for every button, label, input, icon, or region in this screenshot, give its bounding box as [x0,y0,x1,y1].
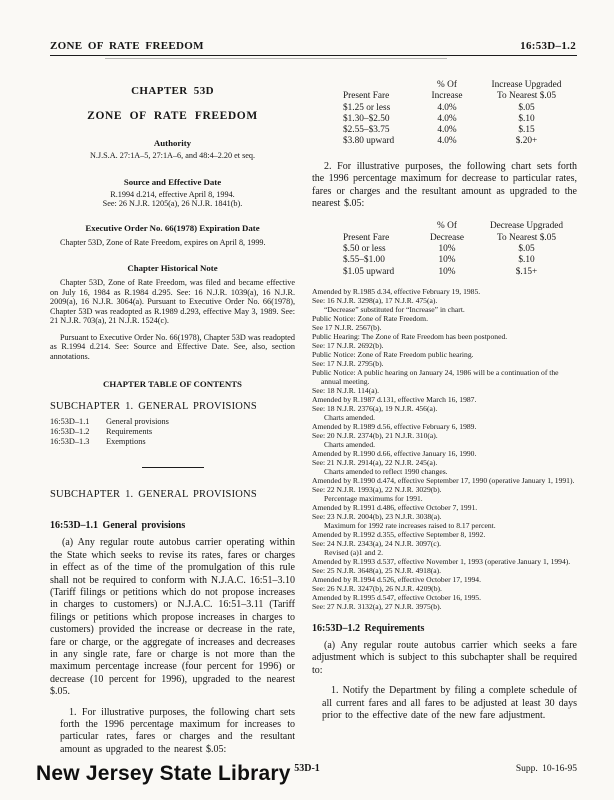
annotation-line: Charts amended to reflect 1990 changes. [312,467,577,476]
annotation-line: See: 26 N.J.R. 3247(b), 26 N.J.R. 4209(b… [312,584,577,593]
running-head: ZONE OF RATE FREEDOM 16:53D–1.2 [0,0,614,52]
annotation-line: See: 22 N.J.R. 1993(a), 22 N.J.R. 3029(b… [312,485,577,494]
historical-note-para-1: Chapter 53D, Zone of Rate Freedom, was f… [50,278,295,326]
table-row: $.55–$1.00 10% $.10 [312,255,577,266]
upgraded-cell: $.10 [476,114,577,125]
decrease-pct-header-top: % Of [418,221,476,232]
authority-citation: N.J.S.A. 27:1A–5, 27:1A–6, and 48:4–2.20… [50,151,295,161]
section-1-1-para-a: (a) Any regular route autobus carrier op… [50,537,295,698]
section-divider [142,467,204,468]
annotation-line: Amended by R.1985 d.34, effective Februa… [312,287,577,296]
section-1-2-para-a: (a) Any regular route autobus carrier wh… [312,640,577,677]
fare-cell: $1.30–$2.50 [312,114,418,125]
source-heading: Source and Effective Date [50,177,295,187]
present-fare-header: Present Fare [312,91,418,102]
annotation-line: See: 27 N.J.R. 3132(a), 27 N.J.R. 3975(b… [312,602,577,611]
increase-upgraded-header-top: Increase Upgraded [476,80,577,91]
annotation-line: See: 25 N.J.R. 3648(a), 25 N.J.R. 4918(a… [312,566,577,575]
toc-entry-number: 16:53D–1.1 [50,417,106,427]
upgraded-cell: $.20+ [476,136,577,147]
subchapter-heading: SUBCHAPTER 1. GENERAL PROVISIONS [50,489,295,500]
running-head-citation: 16:53D–1.2 [520,40,576,52]
increase-pct-header-bottom: Increase [418,91,476,102]
percent-cell: 4.0% [418,103,476,114]
annotation-line: See: 18 N.J.R. 114(a). [312,386,577,395]
annotation-line: Public Hearing: The Zone of Rate Freedom… [312,332,577,341]
annotation-line: See: 17 N.J.R. 2795(b). [312,359,577,368]
decrease-upgraded-header-bottom: To Nearest $.05 [476,233,577,244]
toc-entry: 16:53D–1.2 Requirements [50,427,295,437]
percent-cell: 10% [418,255,476,266]
fare-decrease-table: % Of Decrease Upgraded Present Fare Decr… [312,221,577,277]
toc-list: 16:53D–1.1 General provisions 16:53D–1.2… [50,417,295,447]
decrease-pct-header-bottom: Decrease [418,233,476,244]
annotation-line: See: 18 N.J.R. 2376(a), 19 N.J.R. 456(a)… [312,404,577,413]
fare-cell: $1.05 upward [312,267,418,278]
percent-cell: 4.0% [418,114,476,125]
table-row: $1.05 upward 10% $.15+ [312,267,577,278]
decrease-table-body: $.50 or less 10% $.05 $.55–$1.00 10% $.1… [312,244,577,278]
fare-cell: $3.80 upward [312,136,418,147]
historical-note-para-2: Pursuant to Executive Order No. 66(1978)… [50,333,295,362]
annotation-line: Amended by R.1994 d.526, effective Octob… [312,575,577,584]
fare-cell: $.55–$1.00 [312,255,418,266]
increase-table-body: $1.25 or less 4.0% $.05 $1.30–$2.50 4.0%… [312,103,577,148]
toc-entry: 16:53D–1.1 General provisions [50,417,295,427]
annotation-line: Amended by R.1990 d.474, effective Septe… [312,476,577,485]
table-header-row-top: % Of Increase Upgraded [312,80,577,91]
section-1-2-heading: 16:53D–1.2 Requirements [312,623,577,634]
annotation-line: Maximum for 1992 rate increases raised t… [312,521,577,530]
toc-entry: 16:53D–1.3 Exemptions [50,437,295,447]
toc-entry-label: General provisions [106,417,295,427]
right-column: % Of Increase Upgraded Present Fare Incr… [312,56,577,756]
increase-upgraded-header-bottom: To Nearest $.05 [476,91,577,102]
annotation-line: Charts amended. [312,413,577,422]
header-rule [50,55,577,56]
percent-cell: 4.0% [418,136,476,147]
section-1-1-para-1: 1. For illustrative purposes, the follow… [60,707,295,757]
source-line-1: R.1994 d.214, effective April 8, 1994. [50,190,295,200]
table-header-row-bottom: Present Fare Increase To Nearest $.05 [312,91,577,102]
annotation-line: Revised (a)1 and 2. [312,548,577,557]
fare-cell: $1.25 or less [312,103,418,114]
supplement-date: Supp. 10-16-95 [516,764,577,774]
toc-entry-label: Requirements [106,427,295,437]
toc-heading: CHAPTER TABLE OF CONTENTS [50,379,295,389]
annotation-line: Amended by R.1990 d.66, effective Januar… [312,449,577,458]
scanned-document-page: ZONE OF RATE FREEDOM 16:53D–1.2 CHAPTER … [0,0,614,800]
authority-heading: Authority [50,138,295,148]
fare-cell: $2.55–$3.75 [312,125,418,136]
table-row: $1.30–$2.50 4.0% $.10 [312,114,577,125]
annotation-line: Amended by R.1987 d.131, effective March… [312,395,577,404]
chapter-title-heading: ZONE OF RATE FREEDOM [50,110,295,122]
upgraded-cell: $.05 [476,244,577,255]
percent-cell: 4.0% [418,125,476,136]
history-annotations-list: Amended by R.1985 d.34, effective Februa… [312,287,577,611]
fare-cell: $.50 or less [312,244,418,255]
annotation-line: See: 16 N.J.R. 3298(a), 17 N.J.R. 475(a)… [312,296,577,305]
present-fare-header: Present Fare [312,233,418,244]
annotation-line: See 17 N.J.R. 2567(b). [312,323,577,332]
table-row: $1.25 or less 4.0% $.05 [312,103,577,114]
toc-entry-label: Exemptions [106,437,295,447]
annotation-line: “Decrease” substituted for “Increase” in… [312,305,577,314]
annotation-line: See: 23 N.J.R. 2004(b), 23 N.J.R. 3038(a… [312,512,577,521]
running-head-title: ZONE OF RATE FREEDOM [50,40,204,52]
section-1-2-para-1: 1. Notify the Department by filing a com… [322,685,577,722]
annotation-line: Amended by R.1995 d.547, effective Octob… [312,593,577,602]
annotation-line: See: 21 N.J.R. 2914(a), 22 N.J.R. 245(a)… [312,458,577,467]
annotation-line: Amended by R.1992 d.355, effective Septe… [312,530,577,539]
left-column: CHAPTER 53D ZONE OF RATE FREEDOM Authori… [50,56,295,756]
annotation-line: Charts amended. [312,440,577,449]
header-spacer [312,221,418,232]
executive-order-text: Chapter 53D, Zone of Rate Freedom, expir… [50,238,295,248]
annotation-line: Amended by R.1991 d.486, effective Octob… [312,503,577,512]
annotation-line: See: 17 N.J.R. 2692(b). [312,341,577,350]
decrease-upgraded-header-top: Decrease Upgraded [476,221,577,232]
annotation-line: See: 20 N.J.R. 2374(b), 21 N.J.R. 310(a)… [312,431,577,440]
table-row: $3.80 upward 4.0% $.20+ [312,136,577,147]
upgraded-cell: $.10 [476,255,577,266]
annotation-line: Amended by R.1993 d.537, effective Novem… [312,557,577,566]
section-1-1-para-2: 2. For illustrative purposes, the follow… [312,161,577,211]
toc-subchapter-heading: SUBCHAPTER 1. GENERAL PROVISIONS [50,401,295,412]
chapter-number-heading: CHAPTER 53D [50,85,295,97]
upgraded-cell: $.05 [476,103,577,114]
table-row: $.50 or less 10% $.05 [312,244,577,255]
annotation-line: Public Notice: Zone of Rate Freedom. [312,314,577,323]
fare-increase-table: % Of Increase Upgraded Present Fare Incr… [312,80,577,148]
source-line-2: See: 26 N.J.R. 1205(a), 26 N.J.R. 1841(b… [50,199,295,209]
page-body: CHAPTER 53D ZONE OF RATE FREEDOM Authori… [0,56,614,756]
annotation-line: See: 24 N.J.R. 2343(a), 24 N.J.R. 3097(c… [312,539,577,548]
increase-pct-header-top: % Of [418,80,476,91]
table-header-row-top: % Of Decrease Upgraded [312,221,577,232]
toc-entry-number: 16:53D–1.3 [50,437,106,447]
annotation-line: Public Notice: A public hearing on Janua… [312,368,577,386]
upgraded-cell: $.15+ [476,267,577,278]
historical-note-heading: Chapter Historical Note [50,263,295,273]
percent-cell: 10% [418,244,476,255]
annotation-line: Public Notice: Zone of Rate Freedom publ… [312,350,577,359]
annotation-line: Percentage maximums for 1991. [312,494,577,503]
table-row: $2.55–$3.75 4.0% $.15 [312,125,577,136]
section-1-1-heading: 16:53D–1.1 General provisions [50,520,295,531]
executive-order-heading: Executive Order No. 66(1978) Expiration … [50,223,295,233]
toc-entry-number: 16:53D–1.2 [50,427,106,437]
upgraded-cell: $.15 [476,125,577,136]
header-spacer [312,80,418,91]
percent-cell: 10% [418,267,476,278]
annotation-line: Amended by R.1989 d.56, effective Februa… [312,422,577,431]
table-header-row-bottom: Present Fare Decrease To Nearest $.05 [312,233,577,244]
